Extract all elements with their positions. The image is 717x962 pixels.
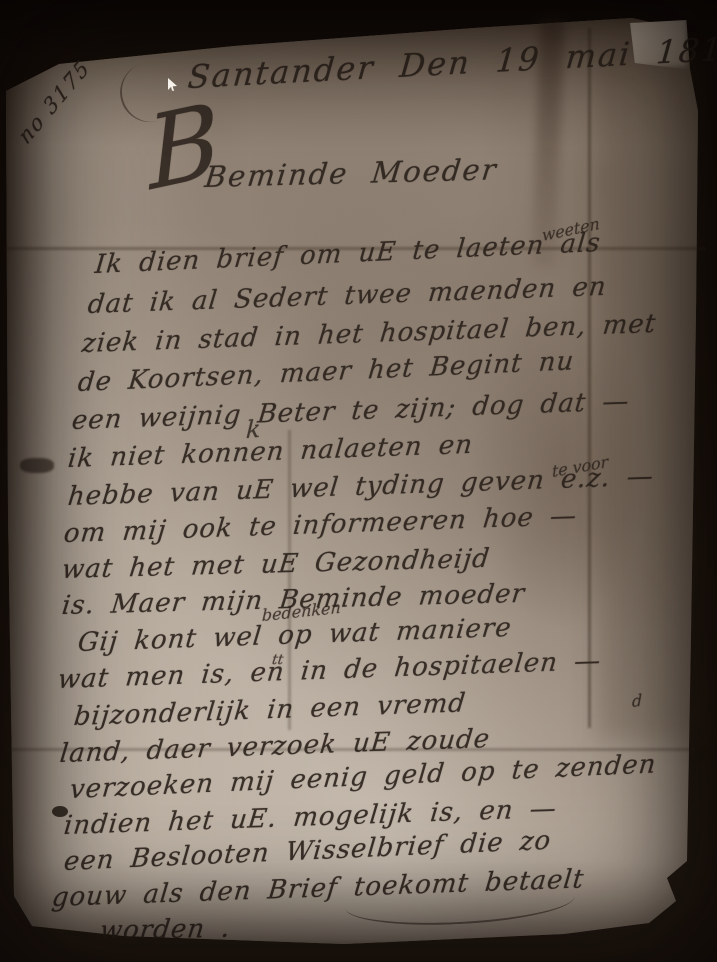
interline-insertion: tt xyxy=(271,652,285,668)
interline-insertion: k xyxy=(245,415,261,445)
letter-line: worden . xyxy=(98,914,232,946)
letter-photograph: no 3175 Santander Den 19 mai 1810 B Bemi… xyxy=(0,0,717,962)
interline-insertion: d xyxy=(632,690,642,711)
